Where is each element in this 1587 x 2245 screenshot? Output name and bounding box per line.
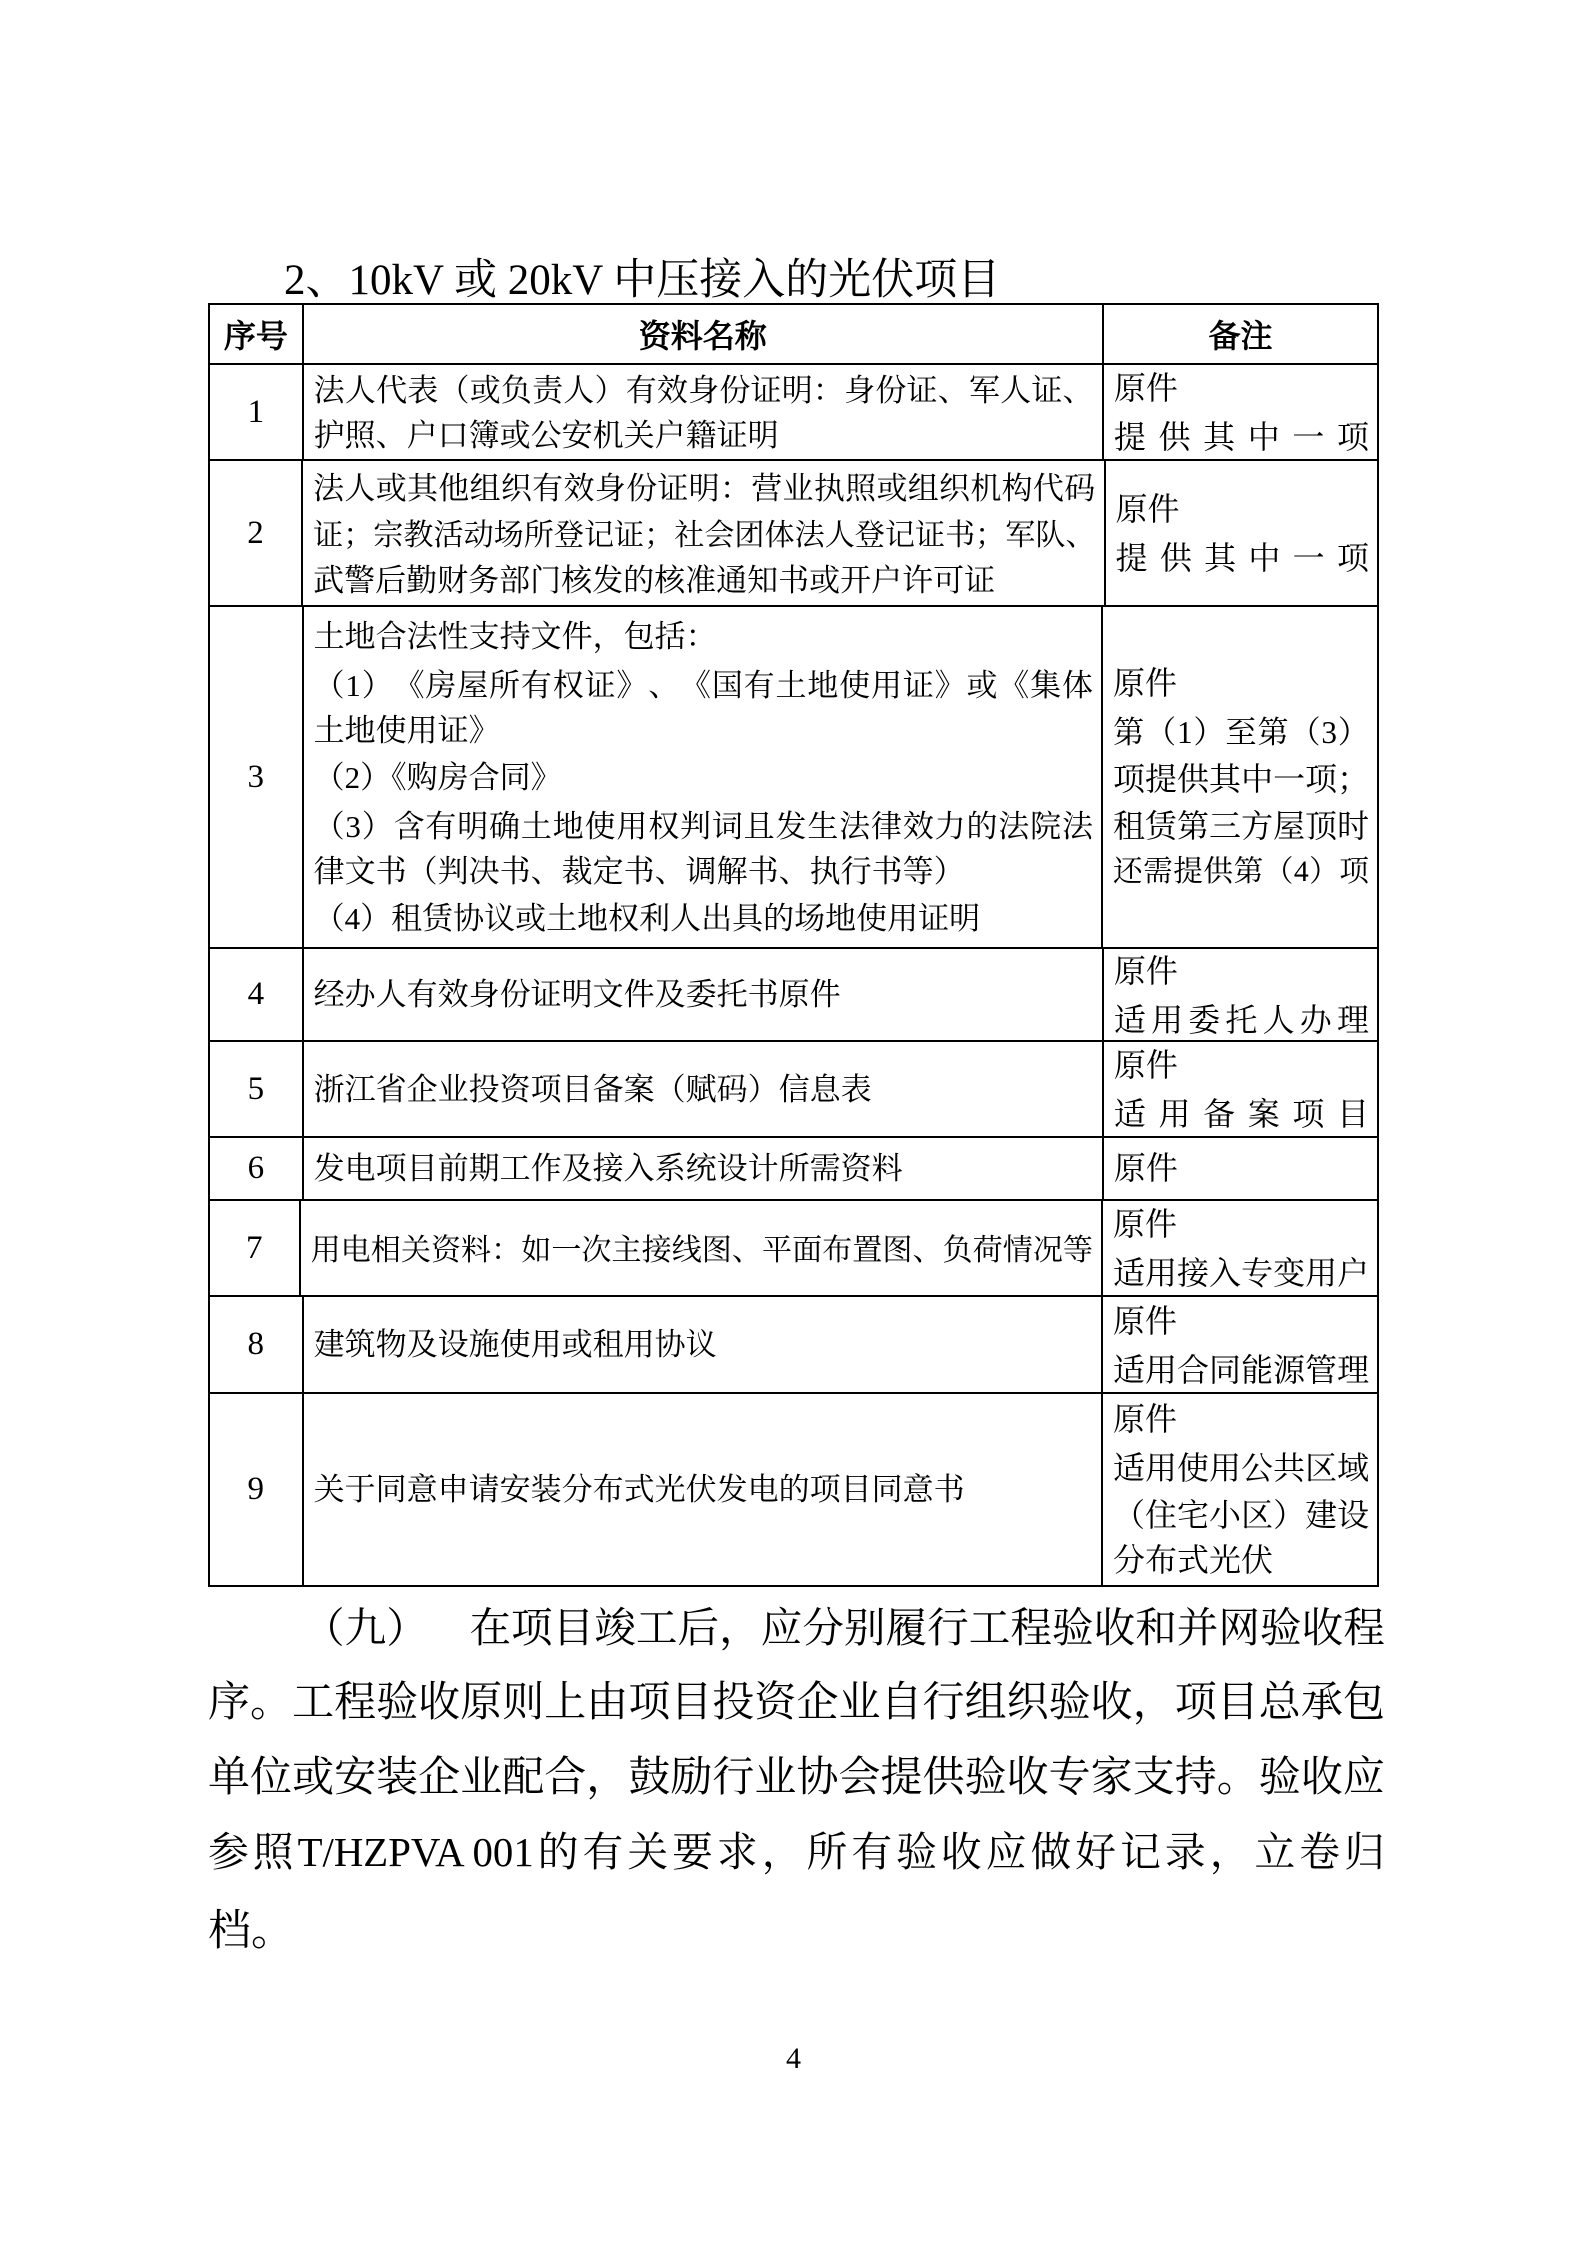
material-name-line: （3）含有明确土地使用权判词且发生法律效力的法院法 <box>314 801 1093 848</box>
remark-line: （住宅小区）建设 <box>1113 1490 1369 1537</box>
table-row: 8建筑物及设施使用或租用协议原件适用合同能源管理 <box>210 1295 1377 1392</box>
material-name-line: （4）租赁协议或土地权利人出具的场地使用证明 <box>314 895 1093 942</box>
row-number-cell: 7 <box>210 1201 299 1295</box>
requirements-table: 序号 资料名称 备注 1法人代表（或负责人）有效身份证明：身份证、军人证、护照、… <box>208 303 1379 1587</box>
page-number: 4 <box>0 2042 1587 2076</box>
material-name-line: 关于同意申请安装分布式光伏发电的项目同意书 <box>314 1466 1093 1513</box>
material-name-line: 证；宗教活动场所登记证；社会团体法人登记证书；军队、 <box>313 510 1095 557</box>
remark-line: 原件 <box>1113 1201 1369 1248</box>
material-name-line: 土地使用证》 <box>314 707 1093 754</box>
row-number-cell: 1 <box>210 365 302 459</box>
remark-line: 适用备案项目 <box>1114 1089 1369 1136</box>
material-name-cell: 发电项目前期工作及接入系统设计所需资料 <box>302 1138 1102 1199</box>
material-name-line: 武警后勤财务部门核发的核准通知书或开户许可证 <box>313 557 1095 604</box>
row-number-cell: 5 <box>210 1042 302 1136</box>
remark-line: 原件 <box>1114 365 1369 412</box>
table-header-row: 序号 资料名称 备注 <box>210 305 1377 363</box>
row-number-cell: 9 <box>210 1394 302 1585</box>
material-name-line: 发电项目前期工作及接入系统设计所需资料 <box>314 1145 1094 1192</box>
material-name-cell: 关于同意申请安装分布式光伏发电的项目同意书 <box>302 1394 1101 1585</box>
material-name-cell: 用电相关资料：如一次主接线图、平面布置图、负荷情况等 <box>299 1201 1101 1295</box>
remark-cell: 原件适用委托人办理 <box>1102 949 1377 1040</box>
row-number-cell: 2 <box>210 461 301 605</box>
material-name-line: 法人代表（或负责人）有效身份证明：身份证、军人证、 <box>314 365 1094 412</box>
material-name-cell: 法人或其他组织有效身份证明：营业执照或组织机构代码证；宗教活动场所登记证；社会团… <box>301 461 1103 605</box>
paragraph-line: 序。工程验收原则上由项目投资企业自行组织验收，项目总承包 <box>208 1669 1385 1744</box>
remark-cell: 原件适用合同能源管理 <box>1101 1297 1377 1392</box>
remark-line: 还需提供第（4）项 <box>1113 848 1369 895</box>
remark-line: 原件 <box>1116 486 1369 533</box>
body-paragraph: （九） 在项目竣工后，应分别履行工程验收和并网验收程序。工程验收原则上由项目投资… <box>208 1594 1385 1969</box>
header-cell-number: 序号 <box>210 305 302 363</box>
remark-line: 适用使用公共区域 <box>1113 1443 1369 1490</box>
remark-line: 提供其中一项 <box>1116 533 1369 580</box>
remark-cell: 原件适用备案项目 <box>1102 1042 1377 1136</box>
material-name-line: 土地合法性支持文件，包括： <box>314 613 1093 660</box>
remark-cell: 原件适用使用公共区域（住宅小区）建设分布式光伏 <box>1101 1394 1377 1585</box>
section-title: 2、10kV 或 20kV 中压接入的光伏项目 <box>284 246 1000 307</box>
row-number-cell: 6 <box>210 1138 302 1199</box>
remark-line: 原件 <box>1113 660 1369 707</box>
material-name-line: 浙江省企业投资项目备案（赋码）信息表 <box>314 1066 1094 1113</box>
paragraph-line: 参照 T/HZPVA 001 的有关要求，所有验收应做好记录，立卷归 <box>208 1819 1385 1894</box>
table-row: 5浙江省企业投资项目备案（赋码）信息表原件适用备案项目 <box>210 1040 1377 1136</box>
remark-cell: 原件提供其中一项 <box>1104 461 1377 605</box>
remark-line: 原件 <box>1114 1145 1369 1192</box>
material-name-cell: 浙江省企业投资项目备案（赋码）信息表 <box>302 1042 1102 1136</box>
remark-line: 租赁第三方屋顶时 <box>1113 801 1369 848</box>
remark-line: 原件 <box>1113 1396 1369 1443</box>
paragraph-line: 档。 <box>208 1894 1385 1969</box>
material-name-line: 用电相关资料：如一次主接线图、平面布置图、负荷情况等 <box>311 1225 1093 1272</box>
table-row: 1法人代表（或负责人）有效身份证明：身份证、军人证、护照、户口簿或公安机关户籍证… <box>210 363 1377 459</box>
table-row: 3土地合法性支持文件，包括：（1）《房屋所有权证》、《国有土地使用证》或《集体土… <box>210 605 1377 947</box>
remark-cell: 原件 <box>1102 1138 1377 1199</box>
material-name-cell: 法人代表（或负责人）有效身份证明：身份证、军人证、护照、户口簿或公安机关户籍证明 <box>302 365 1102 459</box>
row-number-cell: 8 <box>210 1297 302 1392</box>
remark-line: 适用委托人办理 <box>1114 995 1369 1041</box>
header-cell-material-name: 资料名称 <box>302 305 1102 363</box>
remark-line: 分布式光伏 <box>1113 1537 1369 1584</box>
paragraph-line: 单位或安装企业配合，鼓励行业协会提供验收专家支持。验收应 <box>208 1744 1385 1819</box>
table-row: 2法人或其他组织有效身份证明：营业执照或组织机构代码证；宗教活动场所登记证；社会… <box>210 459 1377 605</box>
remark-cell: 原件提供其中一项 <box>1102 365 1377 459</box>
remark-line: 原件 <box>1113 1298 1369 1345</box>
material-name-line: 律文书（判决书、裁定书、调解书、执行书等） <box>314 848 1093 895</box>
remark-line: 适用接入专变用户 <box>1113 1248 1369 1295</box>
remark-cell: 原件适用接入专变用户 <box>1101 1201 1377 1295</box>
table-row: 6发电项目前期工作及接入系统设计所需资料原件 <box>210 1136 1377 1199</box>
material-name-line: 护照、户口簿或公安机关户籍证明 <box>314 412 1094 459</box>
remark-line: 项提供其中一项； <box>1113 754 1369 801</box>
material-name-cell: 土地合法性支持文件，包括：（1）《房屋所有权证》、《国有土地使用证》或《集体土地… <box>302 607 1101 947</box>
row-number-cell: 4 <box>210 949 302 1040</box>
material-name-line: 经办人有效身份证明文件及委托书原件 <box>314 971 1094 1018</box>
remark-line: 原件 <box>1114 948 1369 995</box>
material-name-line: 法人或其他组织有效身份证明：营业执照或组织机构代码 <box>313 463 1095 510</box>
material-name-line: （1）《房屋所有权证》、《国有土地使用证》或《集体 <box>314 660 1093 707</box>
remark-line: 原件 <box>1114 1042 1369 1089</box>
document-page: 2、10kV 或 20kV 中压接入的光伏项目 序号 资料名称 备注 1法人代表… <box>0 0 1587 2245</box>
material-name-cell: 经办人有效身份证明文件及委托书原件 <box>302 949 1102 1040</box>
material-name-line: （2）《购房合同》 <box>314 754 1093 801</box>
row-number-cell: 3 <box>210 607 302 947</box>
header-cell-remark: 备注 <box>1102 305 1377 363</box>
material-name-cell: 建筑物及设施使用或租用协议 <box>302 1297 1101 1392</box>
remark-line: 适用合同能源管理 <box>1113 1345 1369 1392</box>
remark-cell: 原件第（1）至第（3）项提供其中一项；租赁第三方屋顶时还需提供第（4）项 <box>1101 607 1377 947</box>
table-row: 7用电相关资料：如一次主接线图、平面布置图、负荷情况等原件适用接入专变用户 <box>210 1199 1377 1295</box>
remark-line: 第（1）至第（3） <box>1113 707 1369 754</box>
material-name-line: 建筑物及设施使用或租用协议 <box>314 1321 1093 1368</box>
table-row: 9关于同意申请安装分布式光伏发电的项目同意书原件适用使用公共区域（住宅小区）建设… <box>210 1392 1377 1585</box>
paragraph-line: （九） 在项目竣工后，应分别履行工程验收和并网验收程 <box>208 1594 1385 1669</box>
remark-line: 提供其中一项 <box>1114 412 1369 459</box>
table-row: 4经办人有效身份证明文件及委托书原件原件适用委托人办理 <box>210 947 1377 1040</box>
